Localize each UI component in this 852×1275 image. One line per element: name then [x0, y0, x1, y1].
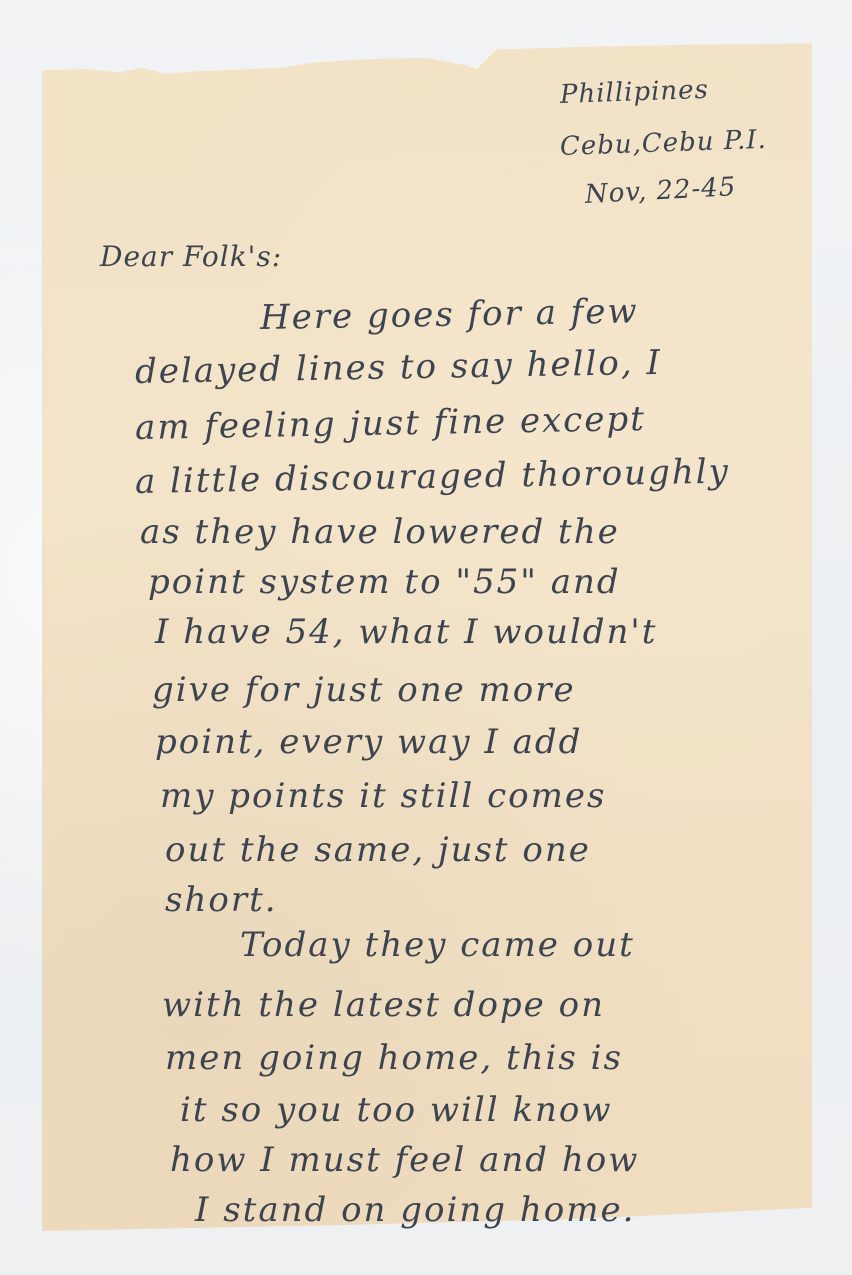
body-line: Today they came out [240, 925, 635, 965]
body-line: point, every way I add [155, 722, 582, 762]
body-line: I have 54, what I wouldn't [155, 612, 657, 652]
location-line-1: Phillipines [559, 75, 709, 110]
body-line: as they have lowered the [140, 512, 620, 552]
body-line: point system to "55" and [148, 562, 621, 602]
body-line: how I must feel and how [170, 1140, 639, 1180]
body-line: give for just one more [152, 670, 576, 710]
body-line: with the latest dope on [162, 985, 605, 1025]
body-line: it so you too will know [180, 1090, 612, 1130]
body-line: out the same, just one [165, 830, 591, 870]
salutation: Dear Folk's: [100, 240, 282, 273]
body-line: Here goes for a few [260, 291, 639, 338]
body-line: I stand on going home. [195, 1190, 635, 1230]
body-line: short. [165, 880, 278, 920]
body-line: men going home, this is [165, 1038, 623, 1078]
body-line: my points it still comes [160, 776, 606, 816]
